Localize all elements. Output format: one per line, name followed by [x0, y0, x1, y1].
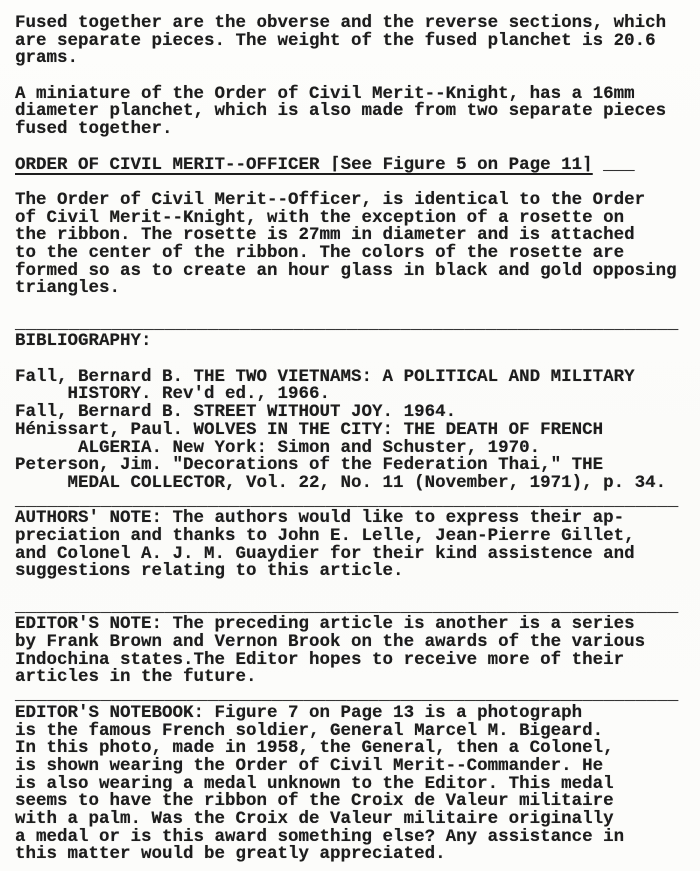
text-line: MEDAL COLLECTOR, Vol. 22, No. 11 (Novemb… — [15, 475, 692, 493]
text-line: triangles. — [15, 280, 692, 298]
heading-text: ORDER OF CIVIL MERIT--OFFICER ⌈See Figur… — [15, 155, 593, 175]
text-line: BIBLIOGRAPHY: — [15, 333, 692, 351]
document-text: Fused together are the obverse and the r… — [15, 15, 692, 864]
text-line: grams. — [15, 50, 692, 68]
text-line: is shown wearing the Order of Civil Meri… — [15, 758, 692, 776]
document-page: Fused together are the obverse and the r… — [0, 0, 700, 871]
text-line: preciation and thanks to John E. Lelle, … — [15, 528, 692, 546]
text-line: fused together. — [15, 121, 692, 139]
text-line: EDITOR'S NOTEBOOK: Figure 7 on Page 13 i… — [15, 705, 692, 723]
text-line: are separate pieces. The weight of the f… — [15, 33, 692, 51]
text-line: to the center of the ribbon. The colors … — [15, 245, 692, 263]
section-heading: ORDER OF CIVIL MERIT--OFFICER ⌈See Figur… — [15, 157, 692, 175]
text-line: The Order of Civil Merit--Officer, is id… — [15, 192, 692, 210]
underline-trail: ___ — [593, 155, 635, 175]
text-line: this matter would be greatly appreciated… — [15, 846, 692, 864]
text-line: suggestions relating to this article. — [15, 563, 692, 581]
text-line: Hénissart, Paul. WOLVES IN THE CITY: THE… — [15, 422, 692, 440]
text-line: with a palm. Was the Croix de Valeur mil… — [15, 811, 692, 829]
